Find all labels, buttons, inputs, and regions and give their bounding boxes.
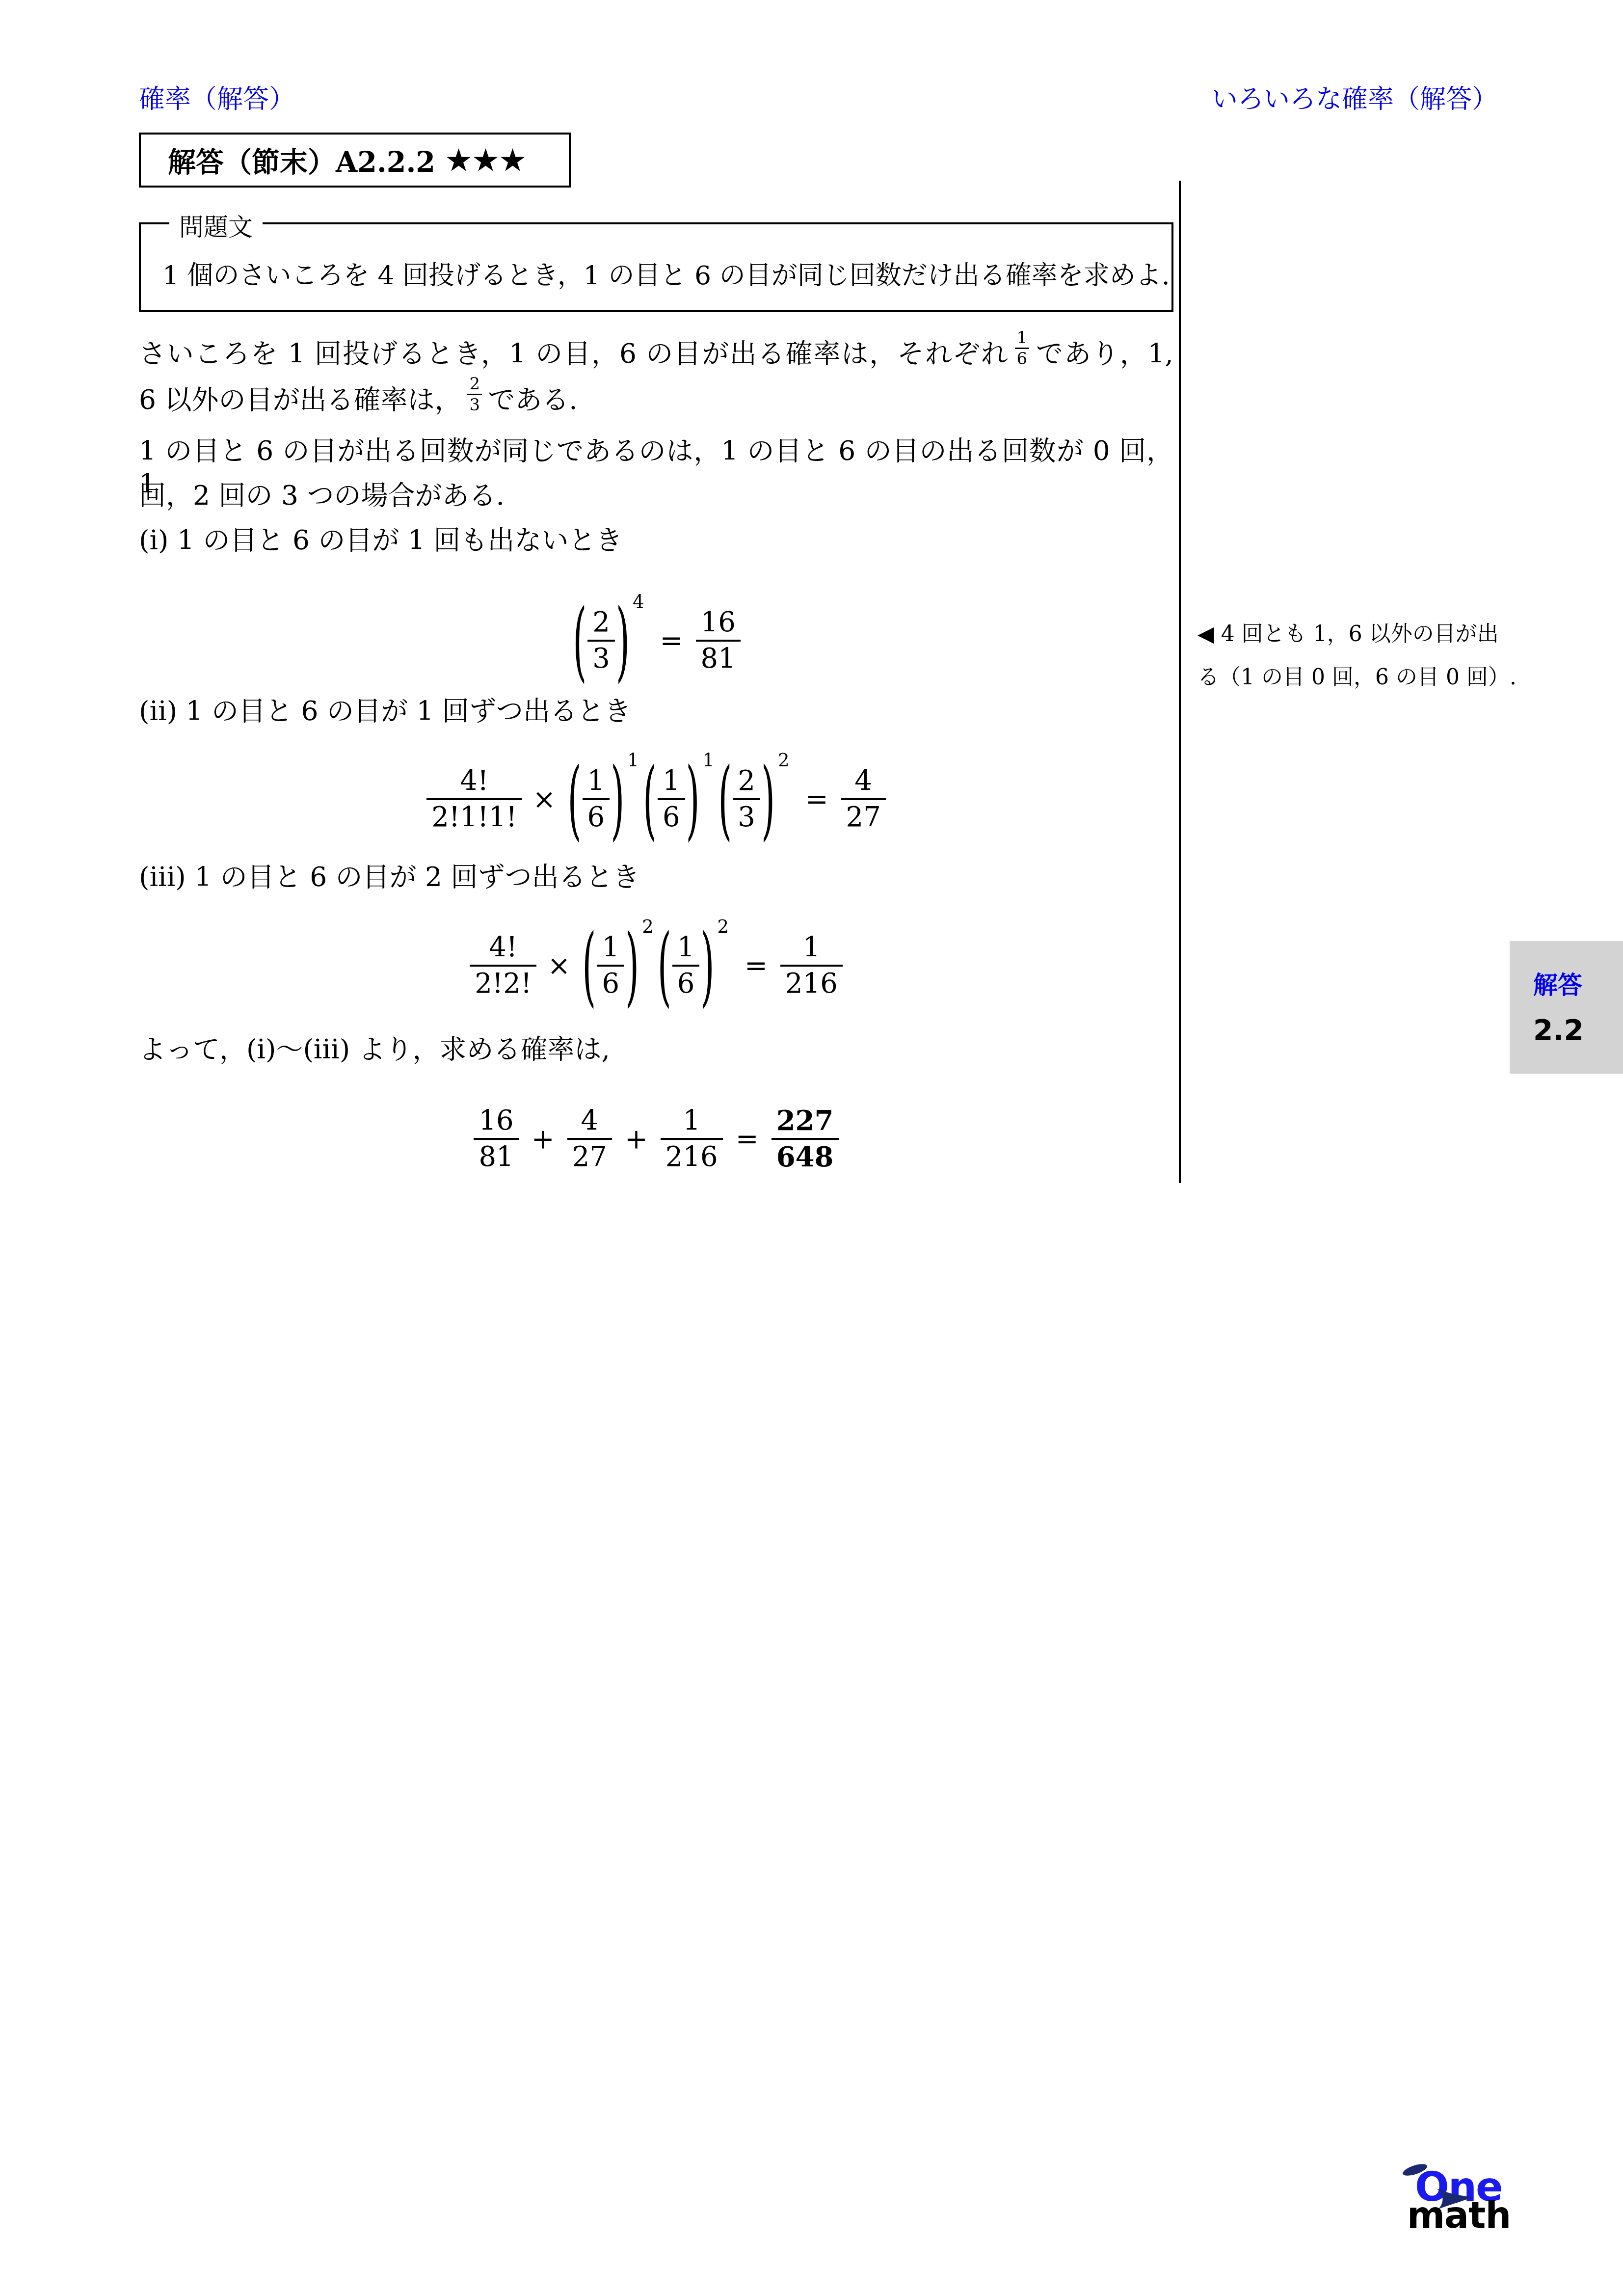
body-line-2: 6 以外の目が出る確率は，23である. bbox=[139, 374, 1173, 417]
exponent-4: 4 bbox=[633, 591, 644, 612]
fraction-2-3: 23 bbox=[733, 764, 760, 835]
equation-1: ( 23 ) 4 = 1681 bbox=[139, 589, 1173, 692]
side-tab-label: 解答 bbox=[1533, 966, 1623, 1001]
right-paren: ) bbox=[686, 756, 700, 842]
right-paren: ) bbox=[761, 756, 775, 842]
body-line-4: 回，2 回の 3 つの場合がある. bbox=[139, 474, 1173, 513]
margin-separator-line bbox=[1179, 181, 1181, 1183]
equals-sign: = bbox=[660, 625, 683, 657]
logo-math-text: math bbox=[1407, 2194, 1511, 2237]
inline-fraction-1-6: 16 bbox=[1015, 328, 1030, 369]
answer-title-text: 解答（節末）A2.2.2 bbox=[168, 140, 435, 180]
times-sign: × bbox=[547, 950, 570, 982]
left-paren: ( bbox=[658, 922, 671, 1009]
fraction-1-216: 1216 bbox=[661, 1104, 723, 1174]
right-paren: ) bbox=[616, 597, 630, 684]
body-line-1: さいころを 1 回投げるとき，1 の目，6 の目が出る確率は，それぞれ16であり… bbox=[139, 328, 1173, 371]
inline-fraction-2-3: 23 bbox=[467, 374, 482, 415]
right-paren: ) bbox=[625, 922, 639, 1009]
fraction-4-27: 427 bbox=[567, 1104, 612, 1174]
margin-note-line-1: ◀ 4 回とも 1，6 以外の目が出 bbox=[1197, 613, 1487, 656]
case-iii-label: (iii) 1 の目と 6 の目が 2 回ずつ出るとき bbox=[139, 855, 1173, 894]
side-tab-answer-2-2: 解答 2.2 bbox=[1510, 941, 1623, 1074]
case-i-label: (i) 1 の目と 6 の目が 1 回も出ないとき bbox=[139, 518, 1173, 557]
margin-note-line-2: る（1 の目 0 回，6 の目 0 回）. bbox=[1197, 656, 1487, 699]
left-paren: ( bbox=[582, 922, 596, 1009]
plus-sign: + bbox=[625, 1123, 648, 1155]
equation-2: 4!2!1!1! × ( 16 ) 1 ( 16 ) 1 ( 23 ) 2 = … bbox=[139, 748, 1173, 851]
fraction-1-6: 16 bbox=[672, 930, 700, 1001]
onemath-logo: One math bbox=[1401, 2164, 1548, 2252]
fraction-16-81: 1681 bbox=[696, 605, 741, 676]
fraction-1-216: 1216 bbox=[780, 930, 843, 1001]
problem-box-label: 問題文 bbox=[169, 208, 263, 243]
difficulty-stars: ★★★ bbox=[446, 144, 527, 177]
equals-sign: = bbox=[736, 1123, 759, 1155]
header-right: いろいろな確率（解答） bbox=[1212, 79, 1498, 116]
right-paren: ) bbox=[700, 922, 714, 1009]
answer-title-box: 解答（節末）A2.2.2 ★★★ bbox=[139, 133, 571, 188]
equation-4: 1681 + 427 + 1216 = 227648 bbox=[139, 1087, 1173, 1190]
body-line-2-text-a: 6 以外の目が出る確率は， bbox=[139, 384, 461, 415]
problem-text: 1 個のさいころを 4 回投げるとき，1 の目と 6 の目が同じ回数だけ出る確率… bbox=[162, 255, 1170, 292]
exponent-2: 2 bbox=[778, 750, 790, 771]
document-page: 確率（解答） いろいろな確率（解答） 解答（節末）A2.2.2 ★★★ 問題文 … bbox=[0, 0, 1623, 2296]
equals-sign: = bbox=[745, 950, 768, 982]
exponent-1: 1 bbox=[627, 750, 639, 771]
body-line-1-text-a: さいころを 1 回投げるとき，1 の目，6 の目が出る確率は，それぞれ bbox=[139, 338, 1009, 369]
left-paren: ( bbox=[573, 597, 586, 684]
equation-3: 4!2!2! × ( 16 ) 2 ( 16 ) 2 = 1216 bbox=[139, 914, 1173, 1017]
body-line-1-text-b: であり，1, bbox=[1035, 338, 1173, 369]
fraction-1-6: 16 bbox=[583, 764, 610, 835]
fraction-1-6: 16 bbox=[658, 764, 685, 835]
fraction-16-81: 1681 bbox=[474, 1104, 518, 1174]
fraction-coefficient: 4!2!2! bbox=[470, 930, 536, 1001]
fraction-2-3: 23 bbox=[587, 605, 615, 676]
conclusion-line: よって，(i)～(iii) より，求める確率は, bbox=[139, 1027, 1173, 1066]
header-left: 確率（解答） bbox=[139, 79, 295, 116]
case-ii-label: (ii) 1 の目と 6 の目が 1 回ずつ出るとき bbox=[139, 689, 1173, 728]
left-paren: ( bbox=[568, 756, 582, 842]
problem-box: 問題文 1 個のさいころを 4 回投げるとき，1 の目と 6 の目が同じ回数だけ… bbox=[139, 222, 1173, 312]
margin-note: ◀ 4 回とも 1，6 以外の目が出 る（1 の目 0 回，6 の目 0 回）. bbox=[1197, 613, 1487, 699]
body-line-2-text-b: である. bbox=[488, 384, 577, 415]
fraction-1-6: 16 bbox=[597, 930, 624, 1001]
exponent-1: 1 bbox=[703, 750, 715, 771]
times-sign: × bbox=[533, 783, 556, 815]
left-paren: ( bbox=[643, 756, 657, 842]
right-paren: ) bbox=[611, 756, 624, 842]
fraction-4-27: 427 bbox=[841, 764, 886, 835]
side-tab-number: 2.2 bbox=[1533, 1014, 1623, 1047]
fraction-coefficient: 4!2!1!1! bbox=[426, 764, 522, 835]
equals-sign: = bbox=[805, 783, 828, 815]
plus-sign: + bbox=[532, 1123, 555, 1155]
exponent-2: 2 bbox=[642, 916, 654, 937]
exponent-2: 2 bbox=[718, 916, 729, 937]
left-paren: ( bbox=[718, 756, 732, 842]
answer-fraction-227-648: 227648 bbox=[772, 1104, 839, 1174]
